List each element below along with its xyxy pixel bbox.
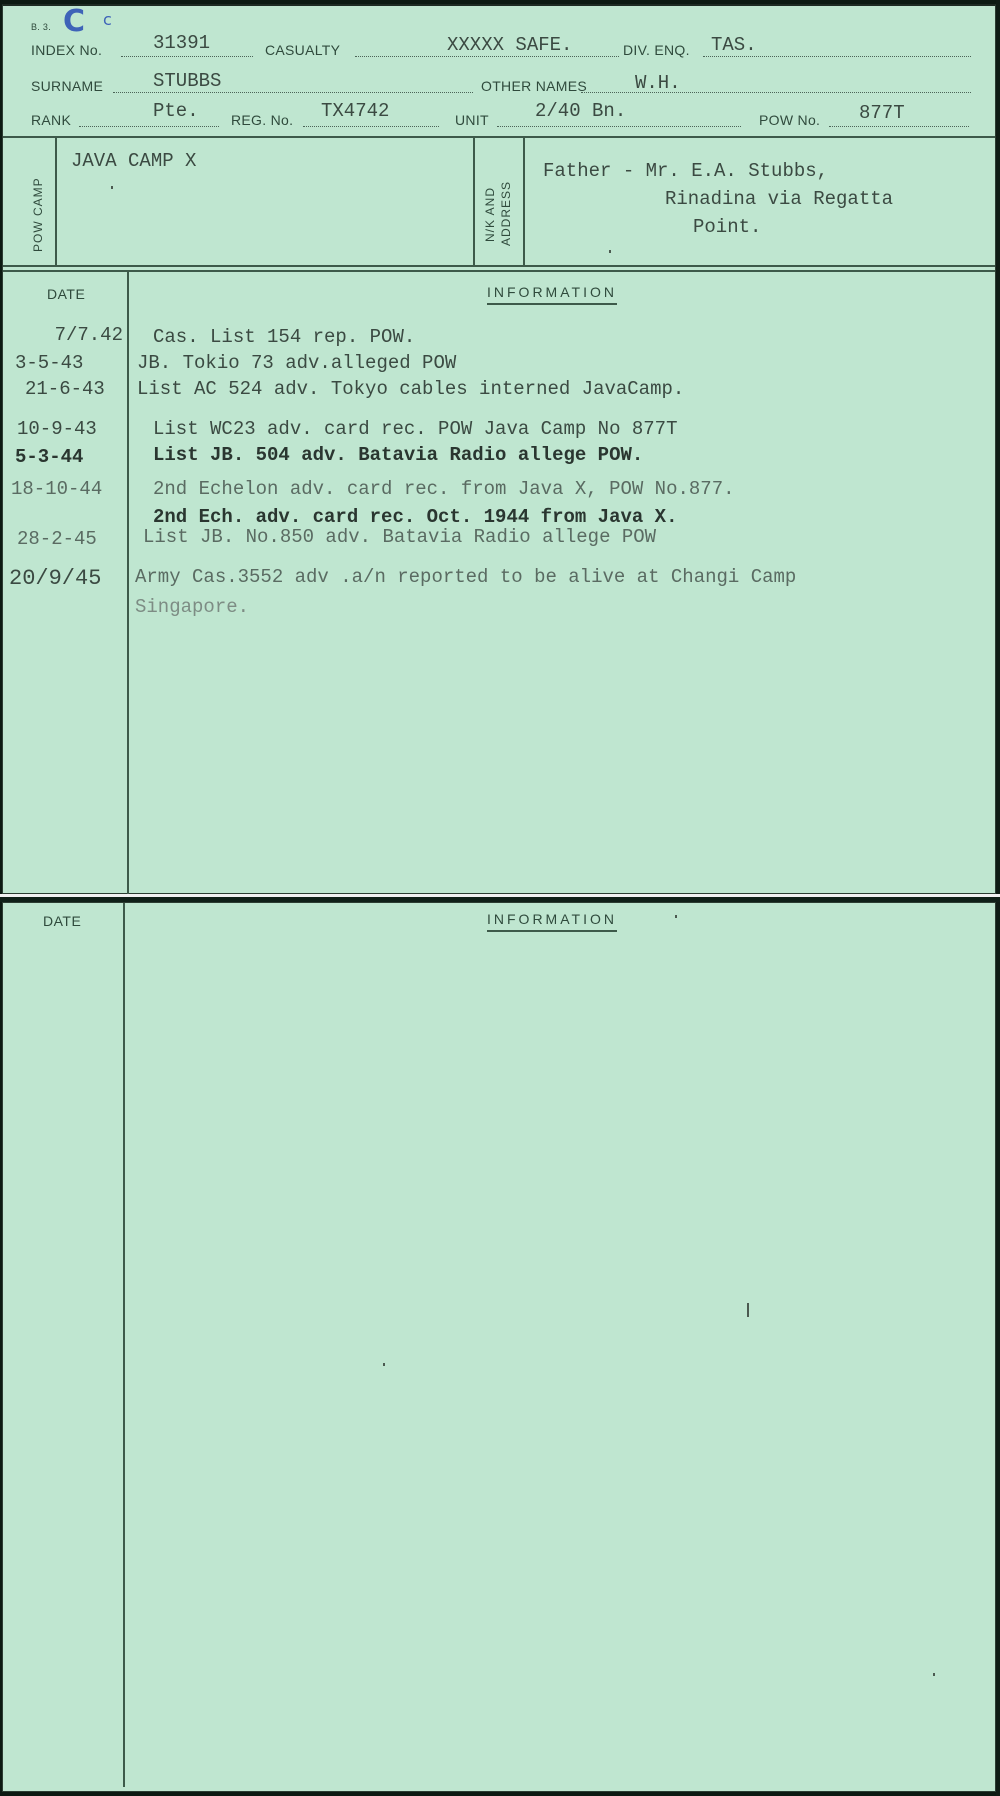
nok-line-1: Father - Mr. E.A. Stubbs, [543,160,828,182]
nok-left-divider [473,138,475,266]
row-date: 20/9/45 [9,566,101,591]
nok-right-divider [523,138,525,266]
nok-label-line1: N/K AND [483,187,497,242]
pow-camp-label: POW CAMP [31,177,45,252]
pow-camp-value: JAVA CAMP X [71,150,196,172]
row-date: 3-5-43 [15,352,83,374]
pow-no-line [829,126,969,127]
row-info: Cas. List 154 rep. POW. [153,326,415,348]
pow-index-card-back: DATE INFORMATION [2,902,996,1792]
date-header: DATE [47,286,85,302]
rule-top-box [3,136,995,138]
date-column-divider [123,903,125,1787]
pen-mark-large: C [63,4,85,39]
rank-line [79,126,219,127]
index-no-label: INDEX No. [31,42,102,58]
casualty-label: CASUALTY [265,42,340,58]
casualty-line [355,56,619,57]
row-date: 21-6-43 [25,378,105,400]
speck [675,915,677,918]
information-header: INFORMATION [487,911,617,932]
row-info: JB. Tokio 73 adv.alleged POW [137,352,456,374]
speck [111,186,113,189]
pow-no-value: 877T [859,102,905,124]
row-info: List WC23 adv. card rec. POW Java Camp N… [153,418,678,440]
speck [747,1303,749,1317]
row-info-cont: Singapore. [135,596,249,618]
row-info: List JB. 504 adv. Batavia Radio allege P… [153,444,643,466]
reg-no-label: REG. No. [231,112,293,128]
speck [933,1673,935,1676]
unit-line [497,126,741,127]
row-info: 2nd Echelon adv. card rec. from Java X, … [153,478,735,500]
rank-label: RANK [31,112,71,128]
casualty-value: XXXXX SAFE. [447,34,572,56]
speck [609,250,611,253]
row-date: 28-2-45 [17,528,97,550]
date-column-divider [127,272,129,894]
pen-mark-small: c [103,10,112,29]
form-code: B. 3. [31,22,51,32]
div-enq-label: DIV. ENQ. [623,42,690,58]
row-date: 18-10-44 [11,478,102,500]
row-date: 7/7.42 [33,324,123,346]
unit-label: UNIT [455,112,489,128]
index-no-value: 31391 [153,32,210,54]
date-header: DATE [43,913,81,929]
unit-value: 2/40 Bn. [535,100,626,122]
nok-line-3: Point. [693,216,761,238]
row-info: 2nd Ech. adv. card rec. Oct. 1944 from J… [153,506,678,528]
speck [383,1363,385,1366]
nok-label-line2: ADDRESS [499,181,513,246]
nok-line-2: Rinadina via Regatta [665,188,893,210]
row-info: List AC 524 adv. Tokyo cables interned J… [137,378,684,400]
information-header: INFORMATION [487,284,617,305]
surname-label: SURNAME [31,78,103,94]
rule-bottom-box-2 [3,270,995,272]
index-no-line [121,56,253,57]
div-enq-line [703,56,971,57]
rule-bottom-box-1 [3,265,995,267]
reg-no-line [303,126,439,127]
pow-camp-divider [55,138,57,266]
pow-no-label: POW No. [759,112,820,128]
pow-index-card-front: B. 3. C c INDEX No. 31391 CASUALTY XXXXX… [2,4,996,894]
surname-line [113,92,473,93]
other-names-label: OTHER NAMES [481,78,587,94]
row-info: Army Cas.3552 adv .a/n reported to be al… [135,566,796,588]
row-info: List JB. No.850 adv. Batavia Radio alleg… [143,526,656,548]
row-date: 5-3-44 [15,446,83,468]
other-names-value: W.H. [635,72,681,94]
surname-value: STUBBS [153,70,221,92]
rank-value: Pte. [153,100,199,122]
row-date: 10-9-43 [17,418,97,440]
div-enq-value: TAS. [711,34,757,56]
reg-no-value: TX4742 [321,100,389,122]
